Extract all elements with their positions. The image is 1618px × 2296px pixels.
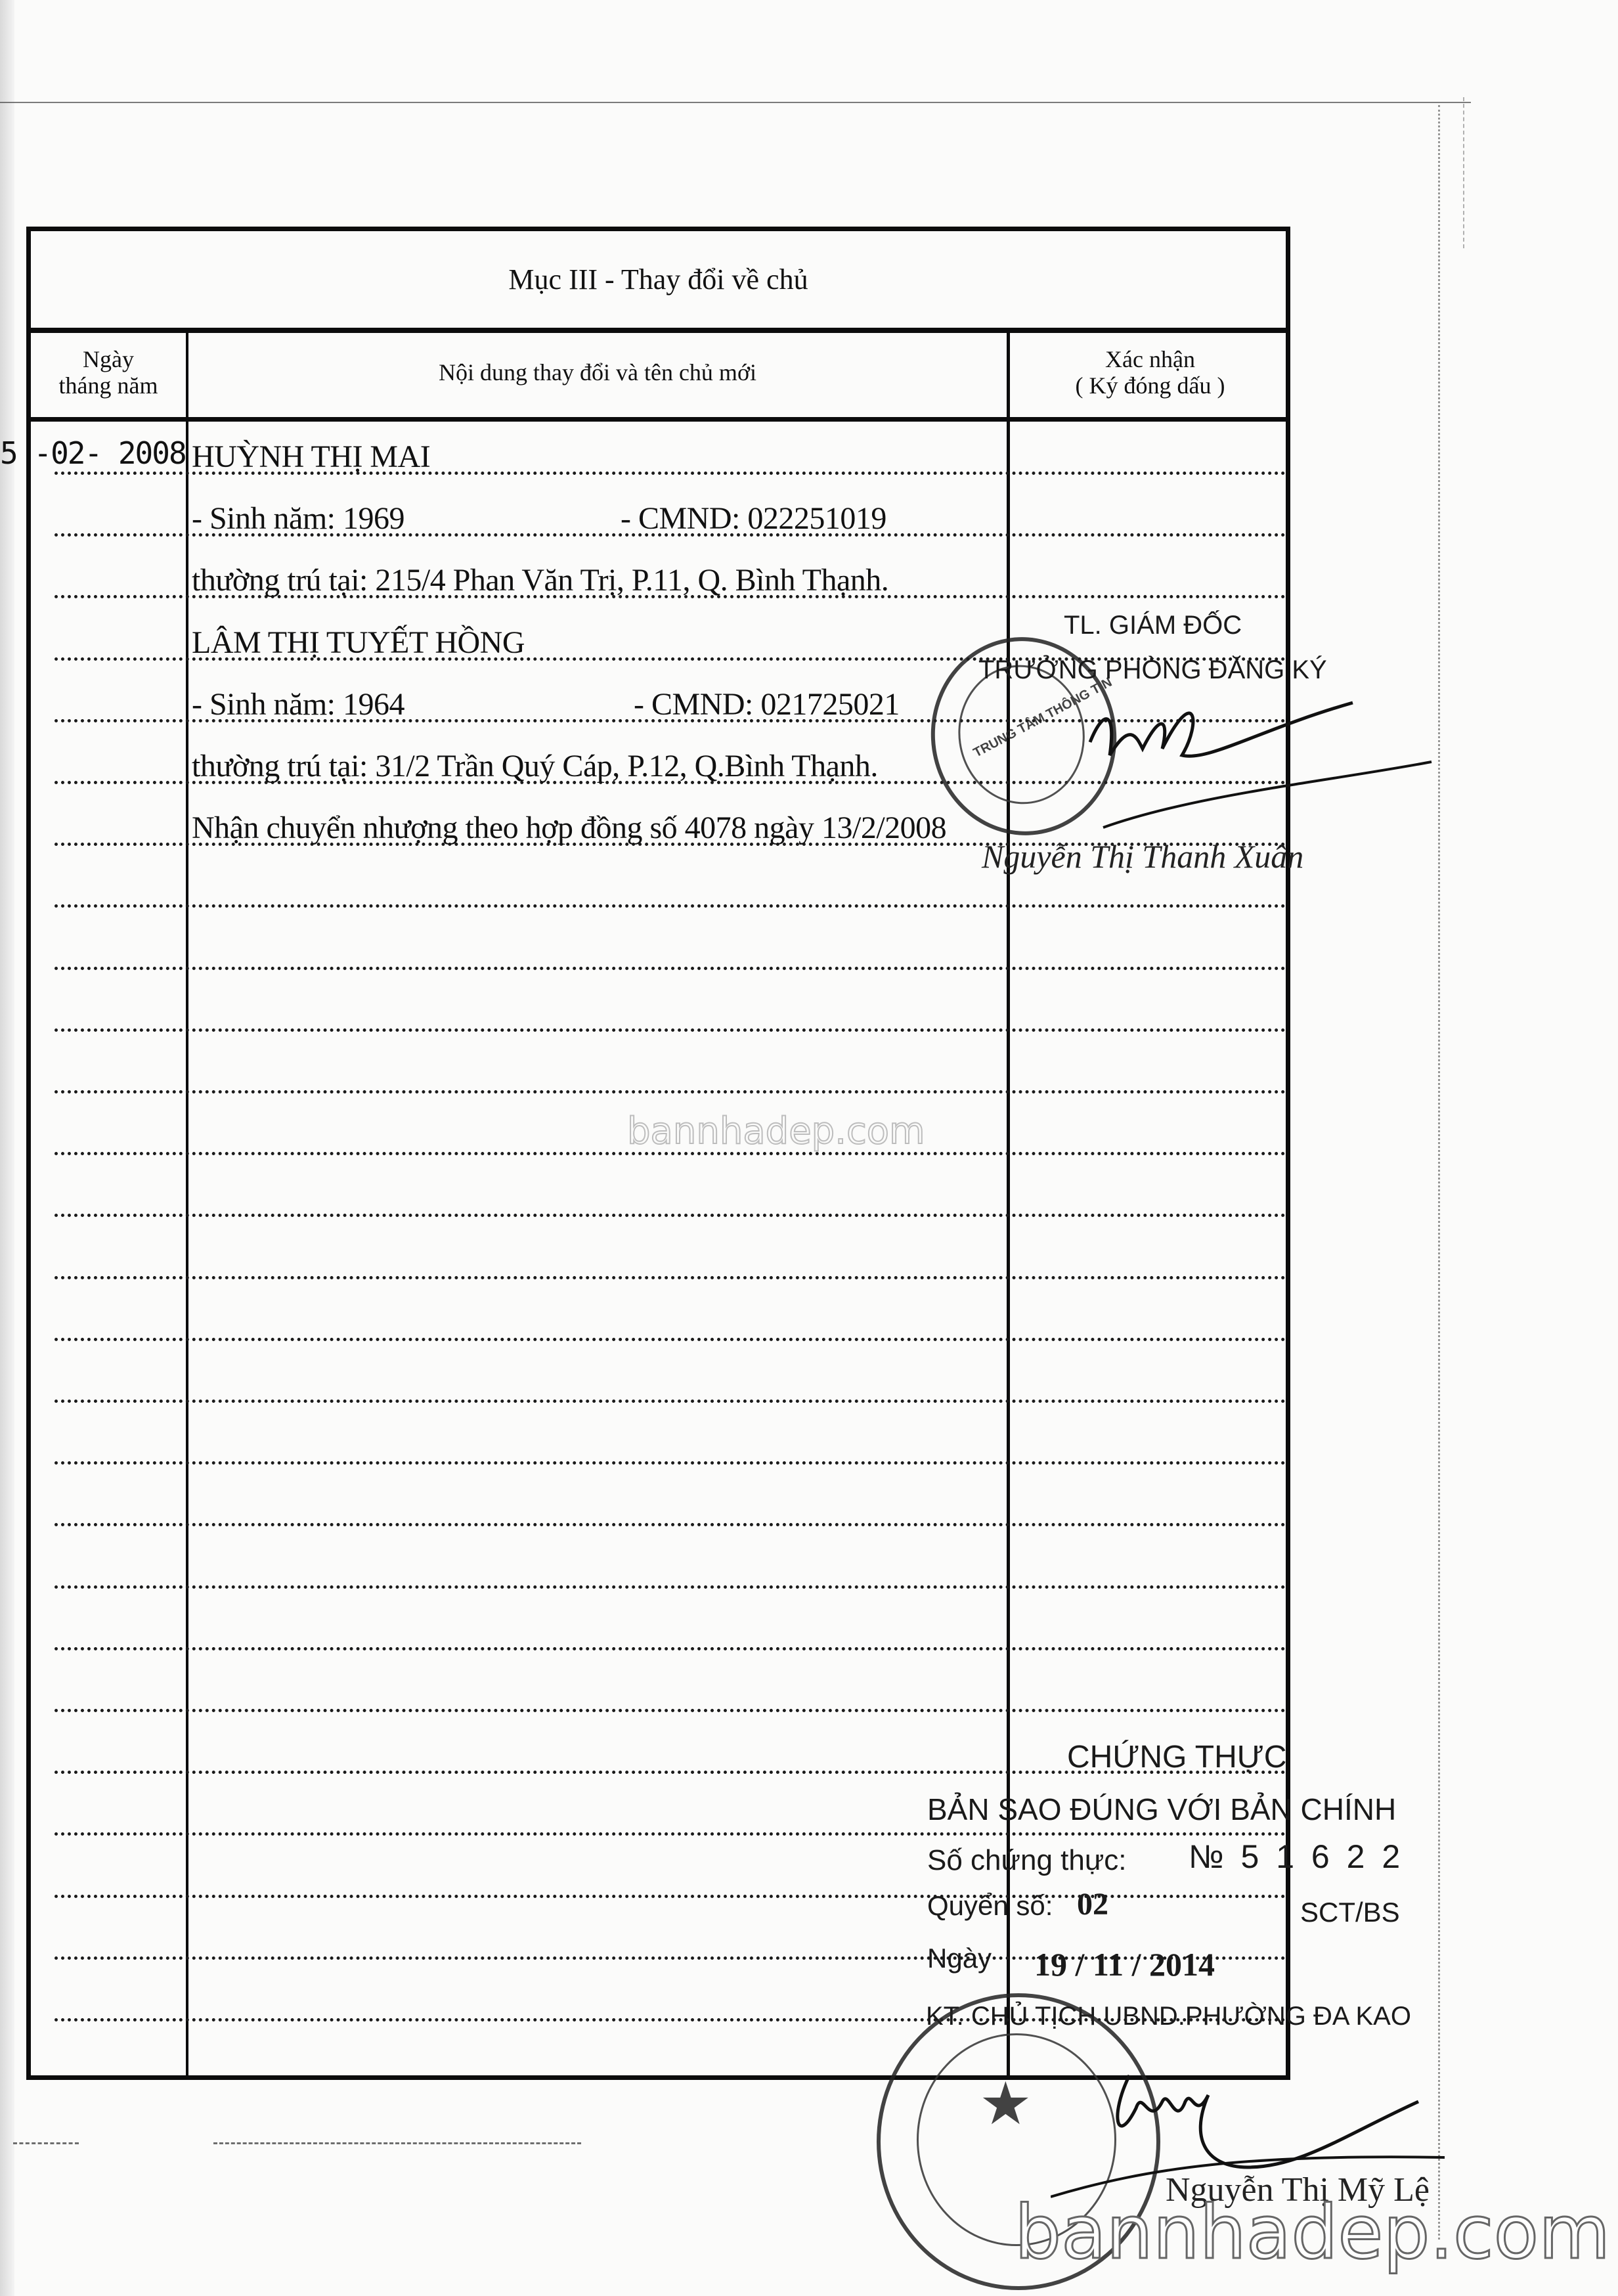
cert-book-label: Quyển số: [927, 1890, 1053, 1922]
confirm-signer: Nguyễn Thị Thanh Xuân [982, 837, 1303, 875]
column-header-content: Nội dung thay đổi và tên chủ mới [188, 328, 1007, 417]
dotted-rule [55, 1338, 1286, 1341]
entry-line: LÂM THỊ TUYẾT HỒNG [192, 625, 525, 661]
scan-artifact [213, 2142, 581, 2144]
page-border [0, 102, 1471, 103]
entry-line-cmnd: - CMND: 021725021 [634, 686, 900, 722]
page-border [1438, 105, 1440, 2240]
entry-line: - Sinh năm: 1969 [192, 500, 404, 537]
dotted-rule [55, 1647, 1286, 1650]
entry-line: - Sinh năm: 1964 [192, 686, 404, 722]
cert-date-label: Ngày [927, 1943, 992, 1974]
cert-subtitle: BẢN SAO ĐÚNG VỚI BẢN CHÍNH [927, 1792, 1396, 1827]
entry-line: Nhận chuyển nhượng theo hợp đồng số 4078… [192, 810, 946, 846]
section-title-row: Mục III - Thay đổi về chủ [31, 231, 1286, 333]
confirm-title-1: TL. GIÁM ĐỐC [1064, 611, 1242, 640]
scan-artifact [13, 2142, 79, 2144]
cert-title: CHỨNG THỰC [1067, 1739, 1286, 1775]
entry-date: 5 -02- 2008 [0, 435, 186, 471]
dotted-rule [55, 1028, 1286, 1032]
column-header-confirm: Xác nhận( Ký đóng dấu ) [1010, 328, 1290, 417]
cert-number-value: № 5 1 6 2 2 [1189, 1838, 1404, 1876]
cert-date-value: 19 / 11 / 2014 [1034, 1945, 1215, 1983]
section-title: Mục III - Thay đổi về chủ [31, 263, 1286, 296]
signature-1 [1064, 683, 1438, 834]
page-border [1463, 97, 1464, 248]
dotted-rule [55, 1832, 1286, 1836]
star-icon: ★ [979, 2069, 1032, 2138]
confirm-title-2: TRƯỞNG PHÒNG ĐĂNG KÝ [978, 655, 1327, 685]
dotted-rule [55, 1400, 1286, 1403]
dotted-rule [55, 1090, 1286, 1093]
column-divider [186, 328, 188, 2075]
watermark: bannhadep.com [627, 1110, 925, 1153]
entry-line: HUỲNH THỊ MAI [192, 439, 430, 475]
dotted-rule [55, 1585, 1286, 1589]
column-header-row: Ngày tháng năm Nội dung thay đổi và tên … [31, 328, 1286, 422]
cert-book-value: 02 [1077, 1886, 1108, 1922]
cert-book-suffix: SCT/BS [1300, 1897, 1400, 1928]
entry-line: thường trú tại: 215/4 Phan Văn Trị, P.11… [192, 562, 888, 598]
cert-number-label: Số chứng thực: [927, 1844, 1127, 1877]
entry-line: thường trú tại: 31/2 Trần Quý Cáp, P.12,… [192, 748, 878, 784]
dotted-rule [55, 1709, 1286, 1712]
dotted-rule [55, 1523, 1286, 1526]
scan-edge [0, 0, 14, 2296]
column-header-date: Ngày tháng năm [31, 328, 186, 417]
dotted-rule [55, 1214, 1286, 1217]
dotted-rule [55, 1276, 1286, 1279]
dotted-rule [55, 967, 1286, 970]
watermark: bannhadep.com [1015, 2190, 1610, 2276]
entry-line-cmnd: - CMND: 022251019 [621, 500, 886, 537]
dotted-rule [55, 904, 1286, 908]
dotted-rule [55, 1461, 1286, 1465]
